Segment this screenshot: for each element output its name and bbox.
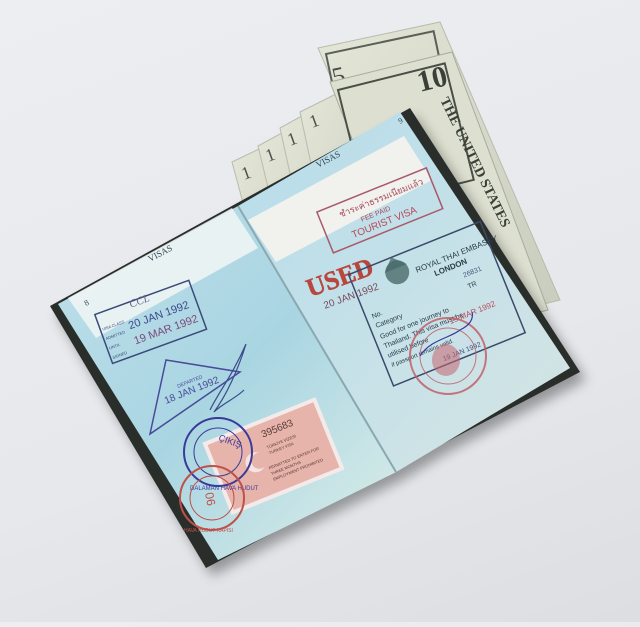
svg-text:HAVA HUDUT KAPISI: HAVA HUDUT KAPISI: [184, 528, 233, 534]
passport-photo: 5 10 THE UNITED STATES 1 1 1 1 VISAS 8 V…: [0, 0, 640, 622]
svg-text:06: 06: [202, 491, 218, 507]
svg-text:DALAMAN HAVA HUDUT: DALAMAN HAVA HUDUT: [190, 486, 259, 492]
